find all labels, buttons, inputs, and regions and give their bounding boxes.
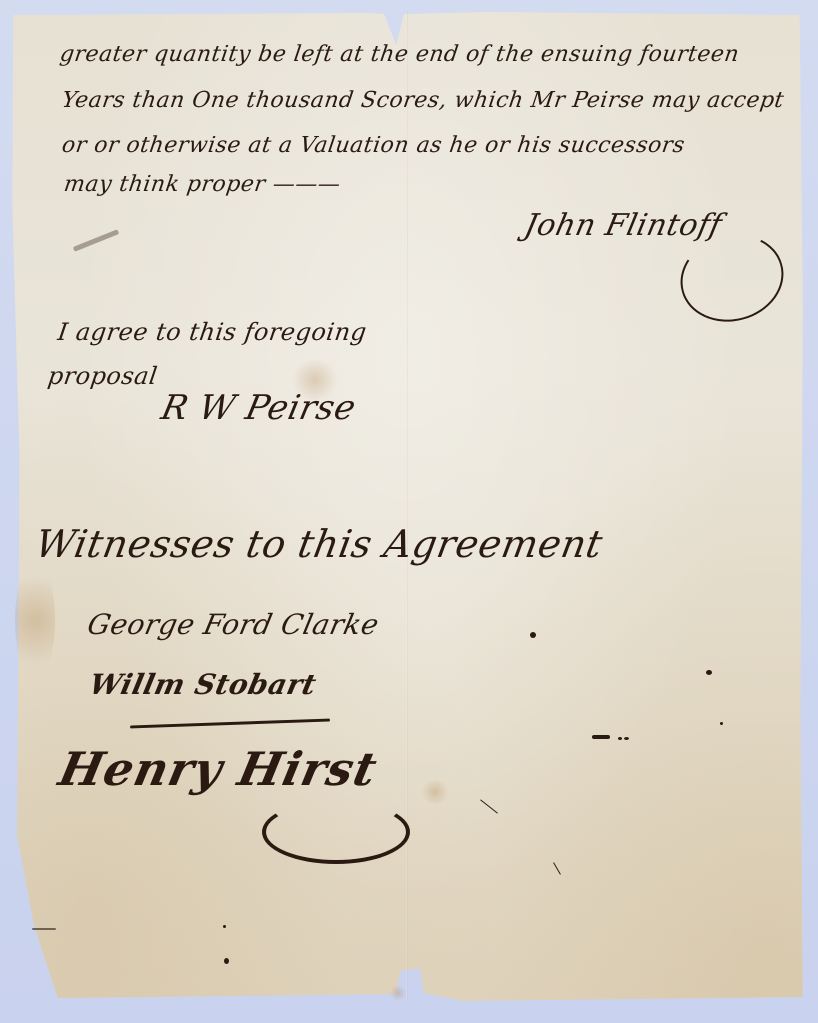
acceptance-line-1: I agree to this foregoing [56, 318, 368, 346]
ink-speck [592, 735, 610, 739]
ink-speck [618, 737, 622, 740]
ink-speck [624, 737, 629, 740]
acceptance-line-2: proposal [46, 362, 159, 390]
ink-speck [224, 958, 229, 964]
paper-fold-line [406, 10, 408, 1000]
witness-willm-stobart: Willm Stobart [86, 668, 319, 701]
foxing-stain [390, 985, 406, 1001]
ink-speck [706, 670, 712, 675]
witnesses-heading: Witnesses to this Agreement [32, 522, 606, 566]
witness-george-ford-clarke: George Ford Clarke [84, 608, 382, 641]
ink-speck [32, 928, 56, 930]
foxing-stain [420, 780, 450, 804]
manuscript-page [10, 10, 806, 1005]
foxing-stain [15, 560, 55, 680]
ink-speck [223, 925, 226, 928]
body-line-2: Years than One thousand Scores, which Mr… [60, 88, 785, 113]
witness-henry-hirst: Henry Hirst [54, 742, 382, 796]
body-line-3: or or otherwise at a Valuation as he or … [60, 133, 686, 158]
ink-speck [720, 722, 723, 725]
body-line-1: greater quantity be left at the end of t… [58, 42, 741, 67]
body-line-4: may think proper ——— [62, 172, 342, 197]
henry-hirst-flourish [262, 800, 410, 864]
ink-speck [530, 632, 536, 638]
signature-peirse: R W Peirse [158, 388, 360, 428]
signature-john-flintoff: John Flintoff [521, 208, 725, 243]
